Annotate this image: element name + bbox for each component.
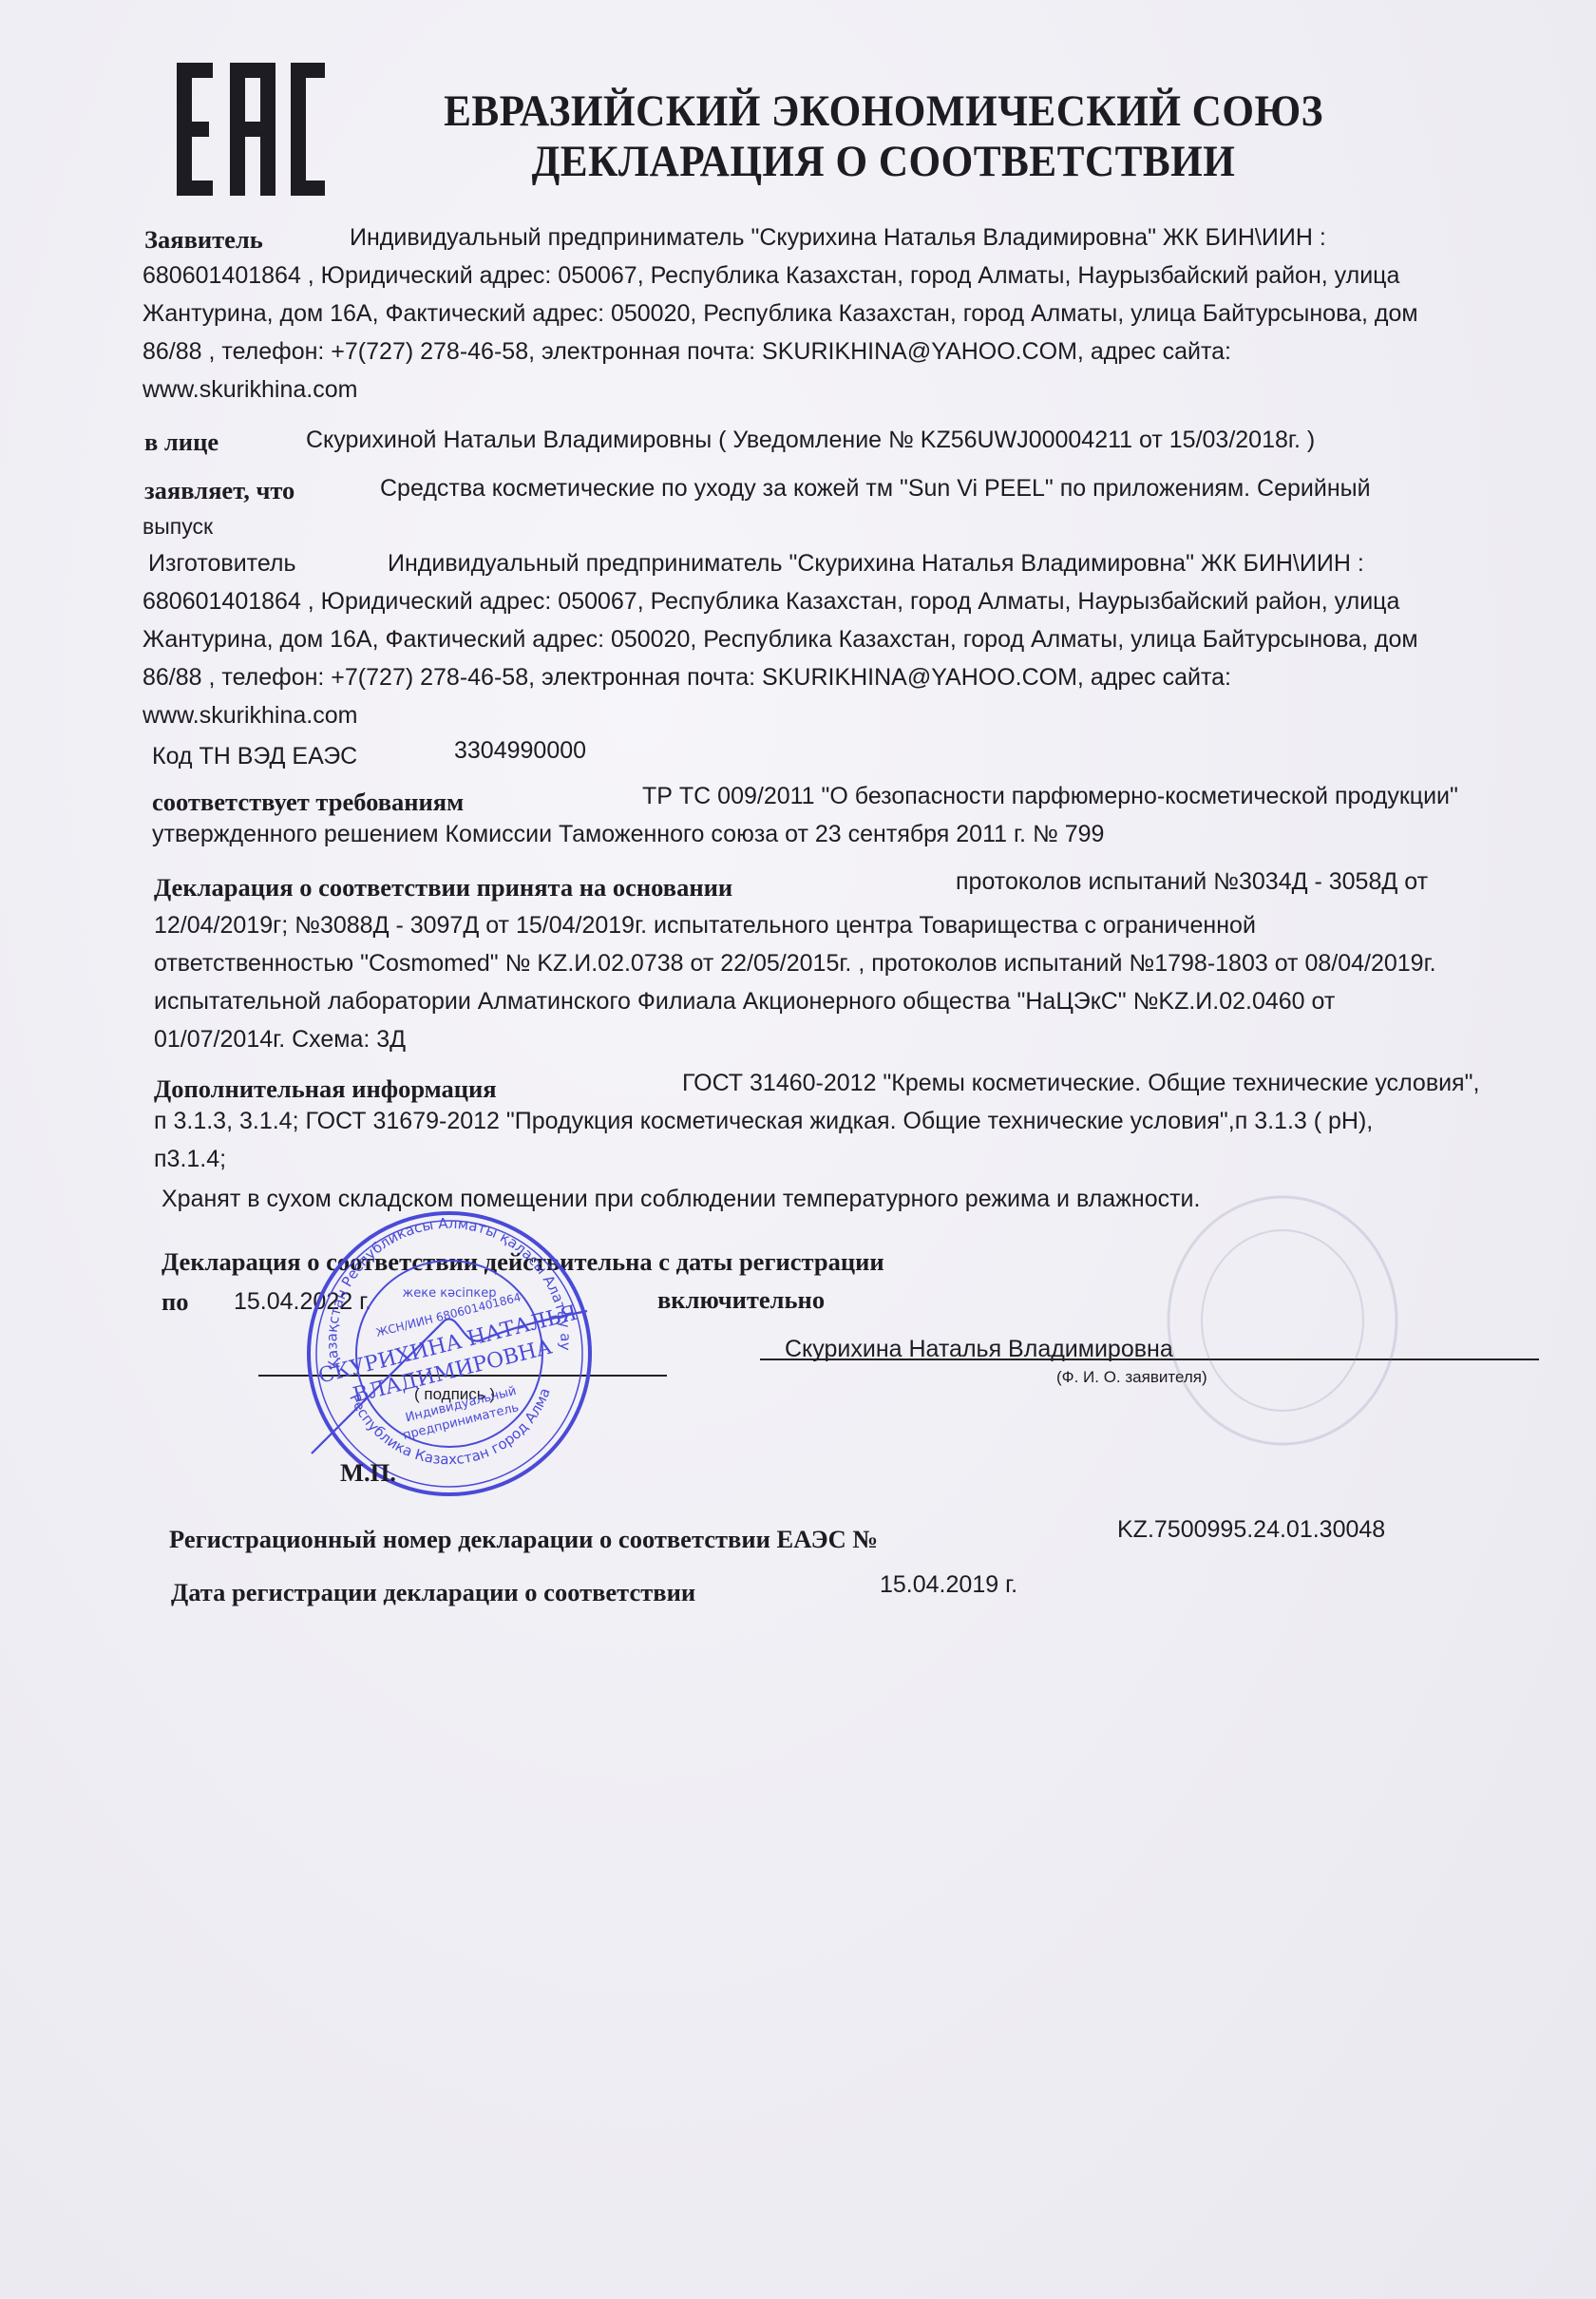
manufacturer-label: Изготовитель xyxy=(148,544,296,582)
basis-line: 12/04/2019г; №3088Д - 3097Д от 15/04/201… xyxy=(154,906,1256,944)
registration-date: 15.04.2019 г. xyxy=(880,1566,1017,1604)
basis-label: Декларация о соответствии принята на осн… xyxy=(154,868,732,906)
manufacturer-line: Жантурина, дом 16А, Фактический адрес: 0… xyxy=(142,620,1418,658)
registration-date-label: Дата регистрации декларации о соответств… xyxy=(171,1573,695,1611)
eac-mark-icon xyxy=(177,63,325,196)
additional-info-line: п3.1.4; xyxy=(154,1140,226,1178)
additional-info-line: ГОСТ 31460-2012 "Кремы косметические. Об… xyxy=(682,1064,1479,1102)
validity-by-label: по xyxy=(161,1282,189,1320)
faint-seal-icon xyxy=(1159,1187,1406,1453)
manufacturer-line: 86/88 , телефон: +7(727) 278-46-58, элек… xyxy=(142,658,1231,696)
technical-regulation: ТР ТС 009/2011 "О безопасности парфюмерн… xyxy=(642,777,1458,815)
validity-inclusive: включительно xyxy=(657,1281,825,1319)
applicant-line: 680601401864 , Юридический адрес: 050067… xyxy=(142,256,1399,294)
manufacturer-line: 680601401864 , Юридический адрес: 050067… xyxy=(142,582,1399,620)
product-description-cont: выпуск xyxy=(142,507,213,545)
represented-by-value: Скурихиной Натальи Владимировны ( Уведом… xyxy=(306,421,1315,459)
basis-line: протоколов испытаний №3034Д - 3058Д от xyxy=(956,863,1428,901)
applicant-full-name: Скурихина Наталья Владимировна xyxy=(785,1330,1173,1368)
svg-text:жеке кәсіпкер: жеке кәсіпкер xyxy=(403,1286,497,1301)
applicant-line: Индивидуальный предприниматель "Скурихин… xyxy=(350,218,1326,256)
basis-line: ответственностью "Cosmomed" № KZ.И.02.07… xyxy=(154,944,1436,982)
name-line xyxy=(760,1358,1539,1360)
registration-number-label: Регистрационный номер декларации о соотв… xyxy=(169,1520,878,1558)
applicant-line: Жантурина, дом 16А, Фактический адрес: 0… xyxy=(142,294,1418,332)
additional-info-line: п 3.1.3, 3.1.4; ГОСТ 31679-2012 "Продукц… xyxy=(154,1102,1373,1140)
union-title: ЕВРАЗИЙСКИЙ ЭКОНОМИЧЕСКИЙ СОЮЗ xyxy=(332,85,1434,137)
tn-ved-label: Код ТН ВЭД ЕАЭС xyxy=(152,737,357,775)
tn-ved-code: 3304990000 xyxy=(454,731,586,769)
applicant-line: 86/88 , телефон: +7(727) 278-46-58, элек… xyxy=(142,332,1231,370)
manufacturer-website: www.skurikhina.com xyxy=(142,696,357,734)
seal-mark: М.П. xyxy=(340,1453,396,1491)
technical-regulation-approval: утвержденного решением Комиссии Таможенн… xyxy=(152,815,1104,853)
basis-scheme: 01/07/2014г. Схема: 3Д xyxy=(154,1020,406,1058)
represented-by-label: в лице xyxy=(144,423,218,461)
document-title: ДЕКЛАРАЦИЯ О СООТВЕТСТВИИ xyxy=(332,136,1434,187)
declares-label: заявляет, что xyxy=(144,471,294,509)
applicant-website: www.skurikhina.com xyxy=(142,370,357,408)
product-description: Средства косметические по уходу за кожей… xyxy=(380,469,1371,507)
applicant-label: Заявитель xyxy=(144,220,263,258)
declaration-page: ЕВРАЗИЙСКИЙ ЭКОНОМИЧЕСКИЙ СОЮЗ ДЕКЛАРАЦИ… xyxy=(0,0,1596,2299)
registration-number: KZ.7500995.24.01.30048 xyxy=(1117,1510,1385,1548)
basis-line: испытательной лаборатории Алматинского Ф… xyxy=(154,982,1335,1020)
manufacturer-line: Индивидуальный предприниматель "Скурихин… xyxy=(388,544,1364,582)
